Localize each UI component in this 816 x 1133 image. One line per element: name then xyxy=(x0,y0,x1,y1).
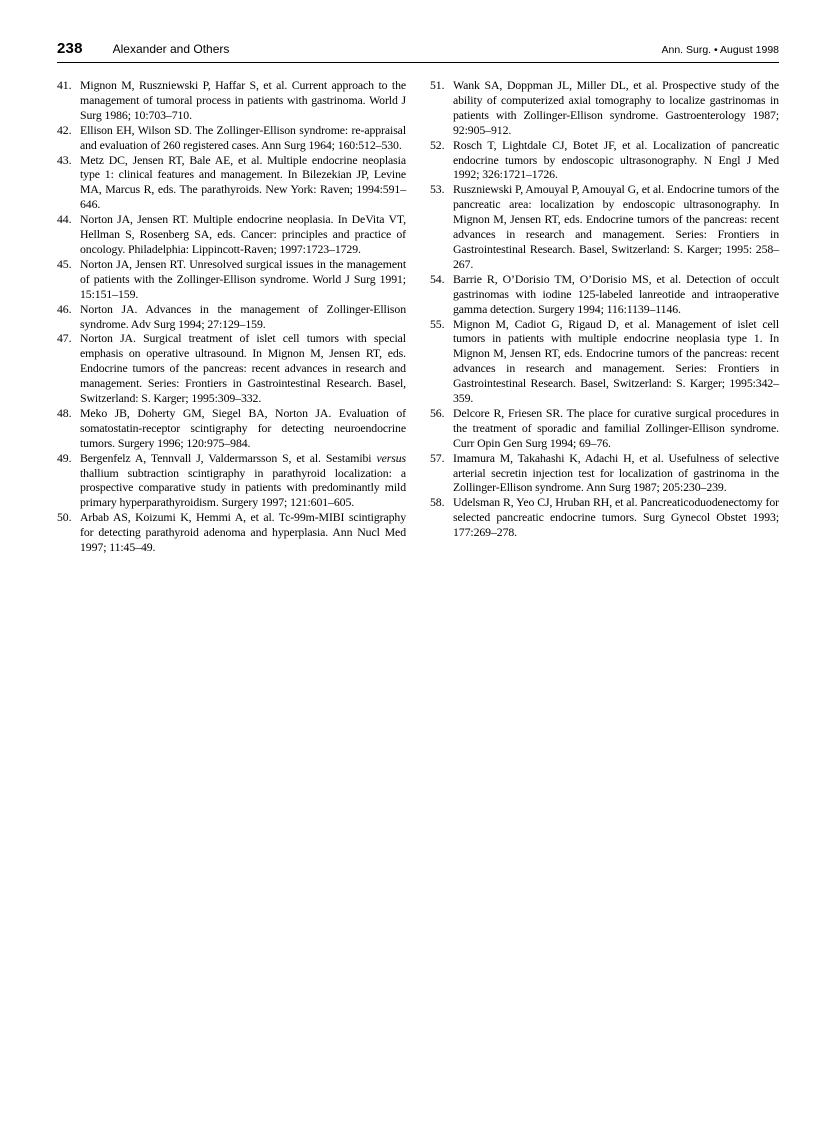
reference-text: Metz DC, Jensen RT, Bale AE, et al. Mult… xyxy=(80,153,406,212)
reference-item: 48.Meko JB, Doherty GM, Siegel BA, Norto… xyxy=(57,406,406,451)
reference-item: 55.Mignon M, Cadiot G, Rigaud D, et al. … xyxy=(430,317,779,406)
reference-text: Wank SA, Doppman JL, Miller DL, et al. P… xyxy=(453,78,779,137)
reference-text: Ruszniewski P, Amouyal P, Amouyal G, et … xyxy=(453,182,779,271)
reference-item: 42.Ellison EH, Wilson SD. The Zollinger-… xyxy=(57,123,406,153)
reference-text: Norton JA, Jensen RT. Multiple endocrine… xyxy=(80,212,406,256)
header-rule xyxy=(57,62,779,63)
reference-text: Norton JA, Jensen RT. Unresolved surgica… xyxy=(80,257,406,301)
reference-text: Imamura M, Takahashi K, Adachi H, et al.… xyxy=(453,451,779,495)
page-number: 238 xyxy=(57,40,83,57)
reference-item: 51.Wank SA, Doppman JL, Miller DL, et al… xyxy=(430,78,779,138)
reference-number: 51. xyxy=(430,78,453,93)
reference-number: 45. xyxy=(57,257,80,272)
reference-text: Bergenfelz A, Tennvall J, Valdermarsson … xyxy=(80,451,406,510)
references-section: 41.Mignon M, Ruszniewski P, Haffar S, et… xyxy=(57,78,779,555)
reference-number: 50. xyxy=(57,510,80,525)
reference-item: 52.Rosch T, Lightdale CJ, Botet JF, et a… xyxy=(430,138,779,183)
reference-number: 54. xyxy=(430,272,453,287)
reference-text: Delcore R, Friesen SR. The place for cur… xyxy=(453,406,779,450)
running-head: Alexander and Others xyxy=(113,42,230,56)
reference-text: Ellison EH, Wilson SD. The Zollinger-Ell… xyxy=(80,123,406,152)
reference-number: 57. xyxy=(430,451,453,466)
reference-item: 45.Norton JA, Jensen RT. Unresolved surg… xyxy=(57,257,406,302)
reference-item: 56.Delcore R, Friesen SR. The place for … xyxy=(430,406,779,451)
reference-number: 47. xyxy=(57,331,80,346)
reference-item: 58.Udelsman R, Yeo CJ, Hruban RH, et al.… xyxy=(430,495,779,540)
reference-number: 43. xyxy=(57,153,80,168)
reference-number: 56. xyxy=(430,406,453,421)
journal-citation: Ann. Surg. • August 1998 xyxy=(661,44,779,56)
reference-text: Arbab AS, Koizumi K, Hemmi A, et al. Tc-… xyxy=(80,510,406,554)
reference-item: 57.Imamura M, Takahashi K, Adachi H, et … xyxy=(430,451,779,496)
reference-item: 47.Norton JA. Surgical treatment of isle… xyxy=(57,331,406,406)
reference-number: 49. xyxy=(57,451,80,466)
reference-item: 49.Bergenfelz A, Tennvall J, Valdermarss… xyxy=(57,451,406,511)
reference-text: Udelsman R, Yeo CJ, Hruban RH, et al. Pa… xyxy=(453,495,779,539)
reference-item: 41.Mignon M, Ruszniewski P, Haffar S, et… xyxy=(57,78,406,123)
reference-number: 58. xyxy=(430,495,453,510)
references-column-left: 41.Mignon M, Ruszniewski P, Haffar S, et… xyxy=(57,78,406,555)
reference-text: Norton JA. Advances in the management of… xyxy=(80,302,406,331)
page-header: 238 Alexander and Others Ann. Surg. • Au… xyxy=(57,40,779,57)
reference-number: 42. xyxy=(57,123,80,138)
reference-text: Mignon M, Ruszniewski P, Haffar S, et al… xyxy=(80,78,406,122)
reference-text: Norton JA. Surgical treatment of islet c… xyxy=(80,331,406,405)
reference-text: Barrie R, O’Dorisio TM, O’Dorisio MS, et… xyxy=(453,272,779,316)
reference-text: Rosch T, Lightdale CJ, Botet JF, et al. … xyxy=(453,138,779,182)
reference-number: 48. xyxy=(57,406,80,421)
reference-item: 50.Arbab AS, Koizumi K, Hemmi A, et al. … xyxy=(57,510,406,555)
references-column-right: 51.Wank SA, Doppman JL, Miller DL, et al… xyxy=(430,78,779,555)
reference-item: 54.Barrie R, O’Dorisio TM, O’Dorisio MS,… xyxy=(430,272,779,317)
journal-page: 238 Alexander and Others Ann. Surg. • Au… xyxy=(0,0,816,1133)
reference-number: 52. xyxy=(430,138,453,153)
reference-number: 41. xyxy=(57,78,80,93)
reference-item: 44.Norton JA, Jensen RT. Multiple endocr… xyxy=(57,212,406,257)
reference-item: 43.Metz DC, Jensen RT, Bale AE, et al. M… xyxy=(57,153,406,213)
reference-text: Meko JB, Doherty GM, Siegel BA, Norton J… xyxy=(80,406,406,450)
reference-number: 44. xyxy=(57,212,80,227)
reference-item: 46.Norton JA. Advances in the management… xyxy=(57,302,406,332)
reference-number: 55. xyxy=(430,317,453,332)
reference-item: 53.Ruszniewski P, Amouyal P, Amouyal G, … xyxy=(430,182,779,271)
reference-text: Mignon M, Cadiot G, Rigaud D, et al. Man… xyxy=(453,317,779,406)
reference-number: 46. xyxy=(57,302,80,317)
reference-number: 53. xyxy=(430,182,453,197)
